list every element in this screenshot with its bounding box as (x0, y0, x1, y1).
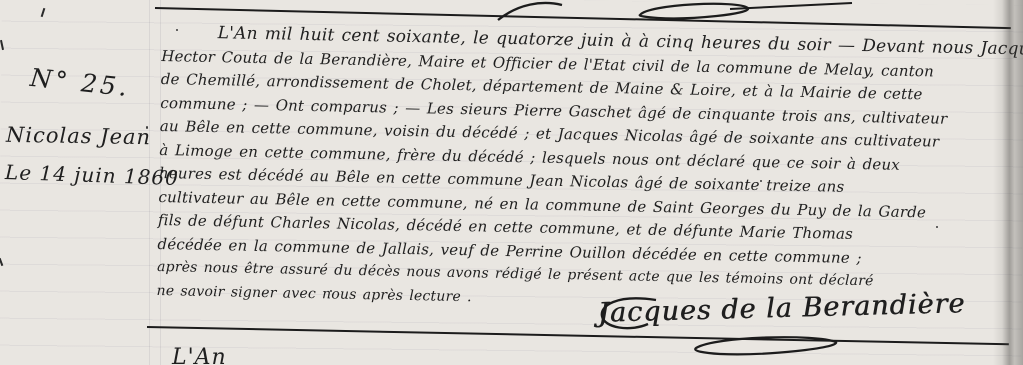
registry-page: N° 25. Nicolas Jean Le 14 juin 1860 L'An… (0, 0, 1023, 365)
paper-speck (176, 29, 178, 31)
paper-speck (760, 180, 762, 182)
paper-speck (936, 226, 938, 228)
next-act-first-line: L'An (172, 345, 227, 365)
act-divider-rule-bottom (147, 326, 1009, 345)
edge-mark (41, 8, 46, 17)
edge-mark (0, 40, 4, 50)
scanned-page-edge (993, 0, 1023, 365)
act-body: L'An mil huit cent soixante, le quatorze… (156, 21, 1007, 320)
paper-speck (330, 290, 332, 292)
edge-mark (0, 258, 3, 266)
paper-speck (530, 252, 532, 254)
margin-date: Le 14 juin 1860 (5, 160, 180, 190)
margin-deceased-name: Nicolas Jean (6, 123, 151, 150)
margin-act-number: N° 25. (29, 63, 132, 102)
paper-speck (146, 126, 148, 129)
